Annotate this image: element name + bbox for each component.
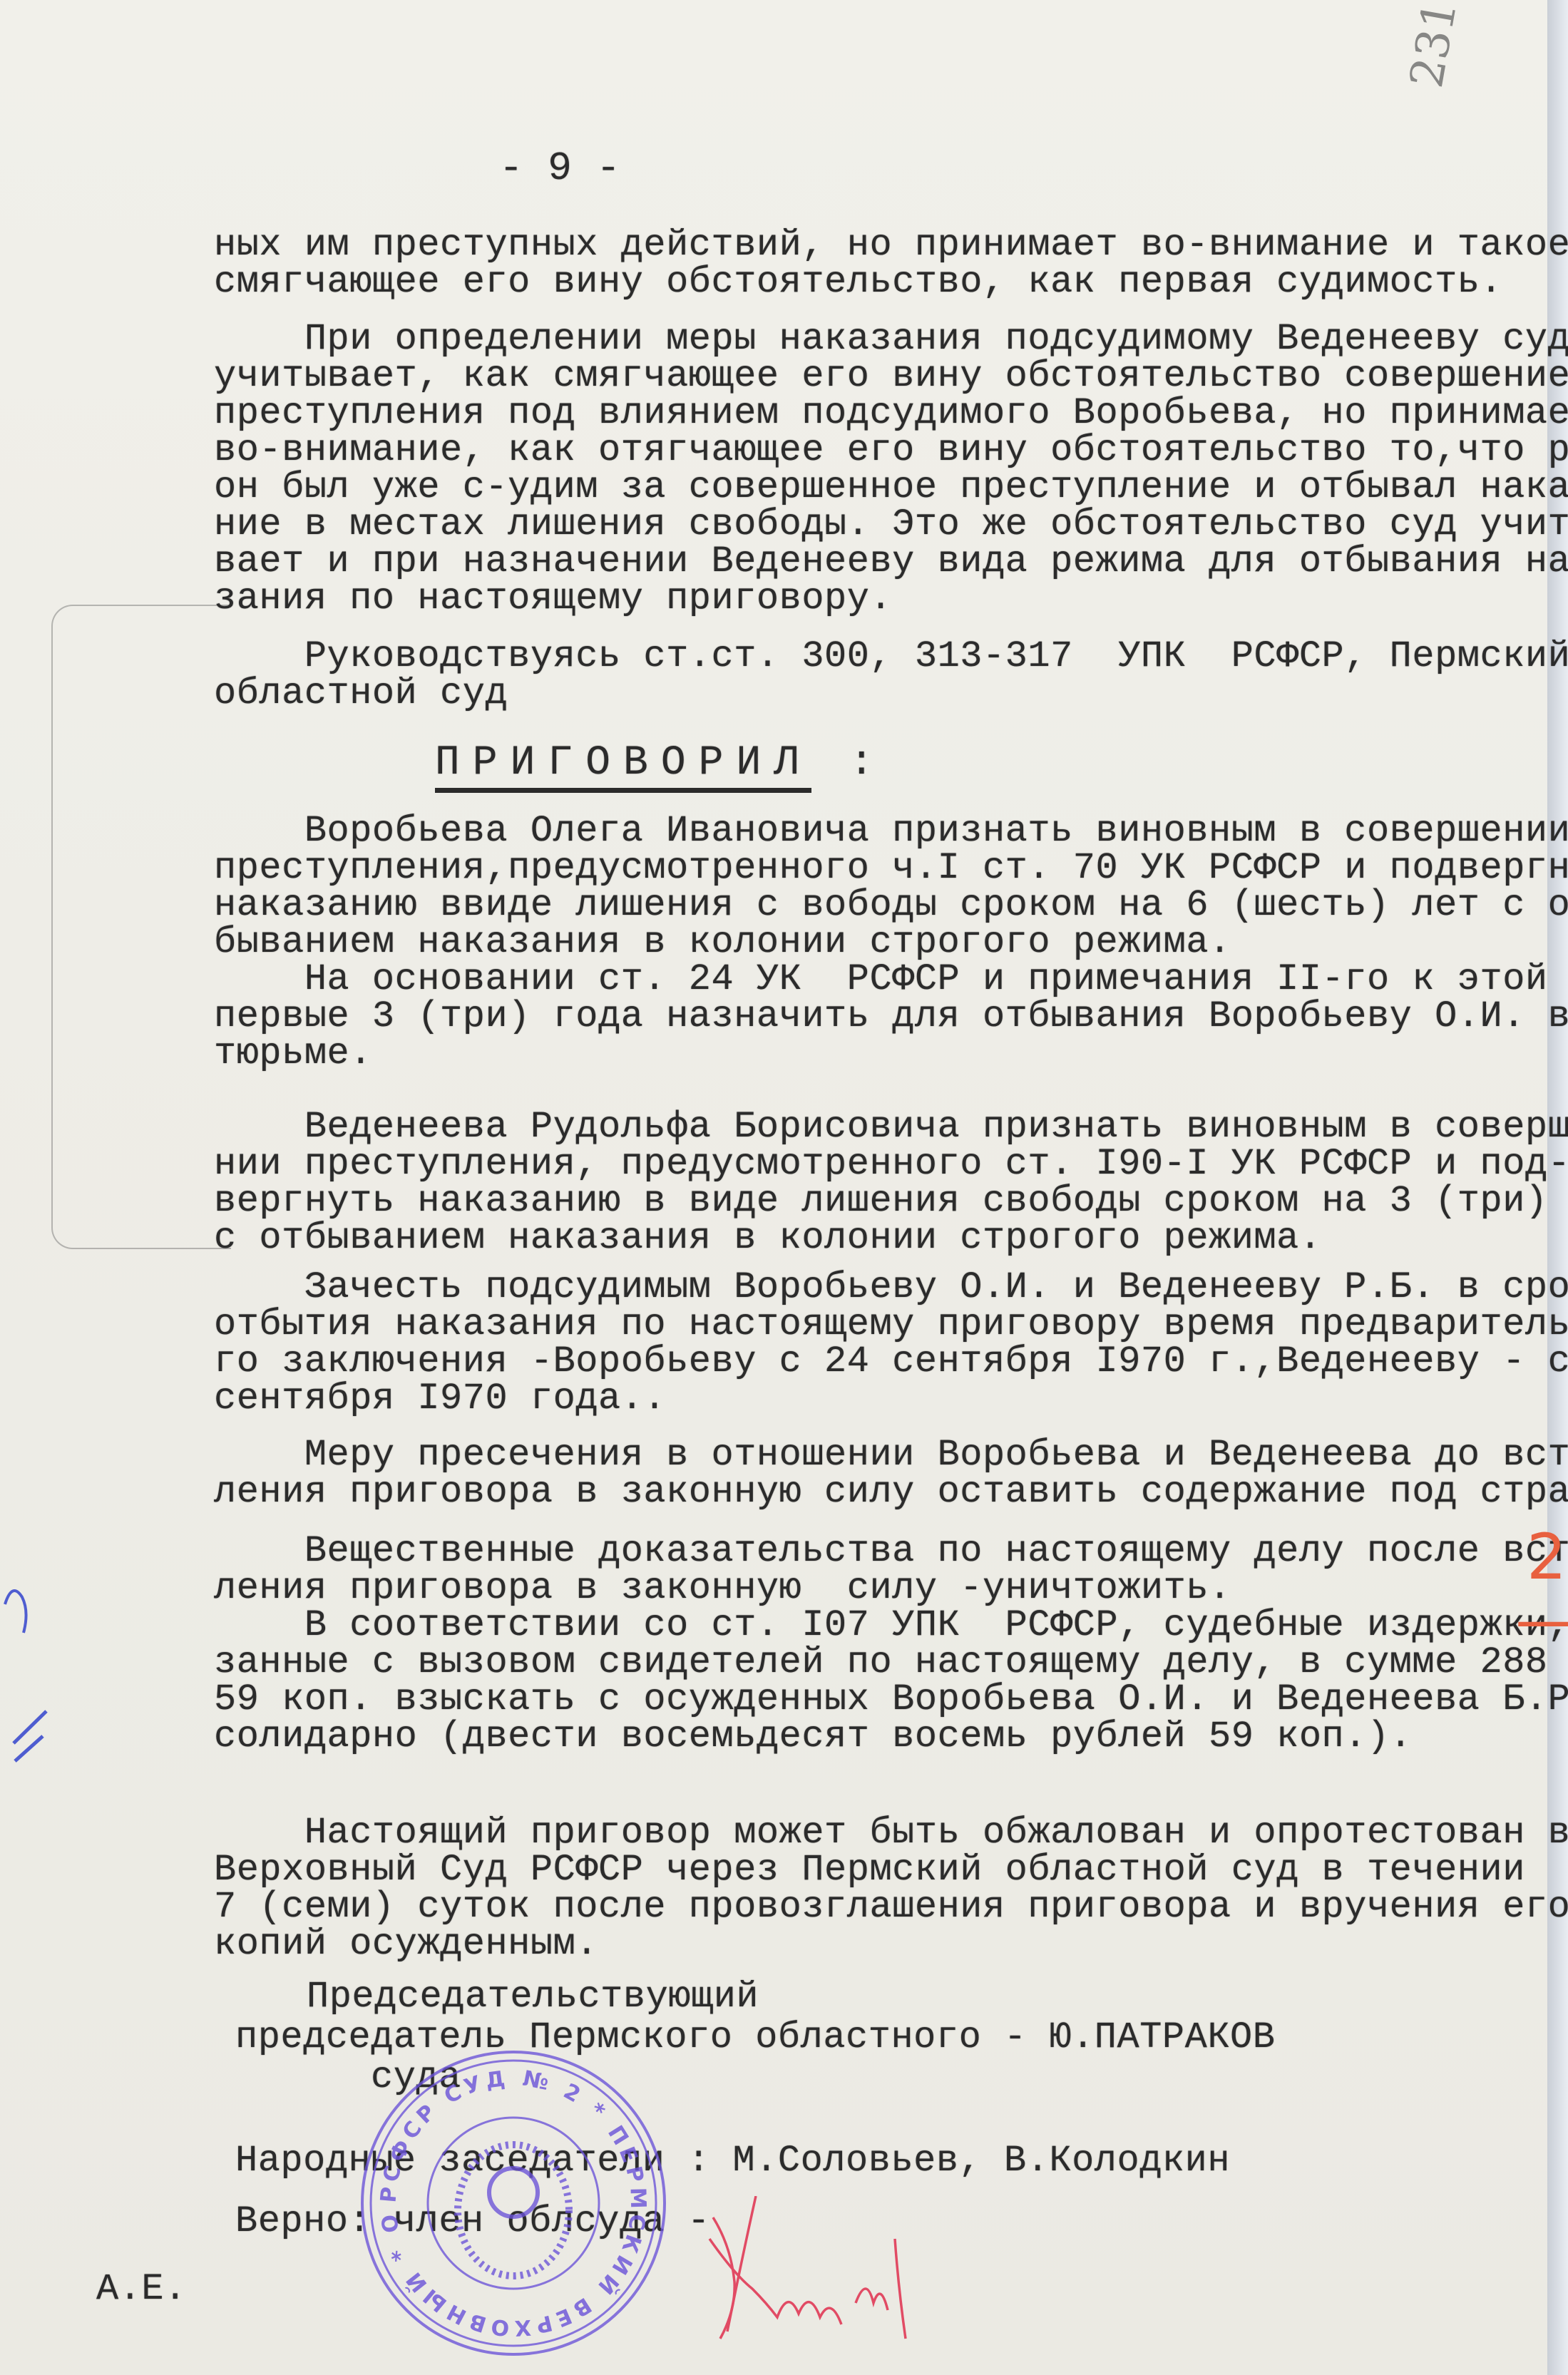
paragraph-sentence-vedeneev: Веденеева Рудольфа Борисовича признать в… <box>214 1109 1568 1257</box>
text-line: преступления,предусмотренного ч.I ст. 70… <box>214 850 1568 887</box>
text-line: отбытия наказания по настоящему приговор… <box>214 1306 1568 1343</box>
text-line: ления приговора в законную силу оставить… <box>214 1474 1568 1511</box>
handwritten-signature <box>692 2196 948 2346</box>
text-line: Зачесть подсудимым Воробьеву О.И. и Веде… <box>214 1269 1568 1306</box>
text-line: во-внимание, как отягчающее его вину обс… <box>214 432 1568 469</box>
paragraph-preventive-measure: Меру пресечения в отношении Воробьева и … <box>214 1437 1568 1511</box>
text-line: солидарно (двести восемьдесят восемь руб… <box>214 1718 1568 1755</box>
text-line: ления приговора в законную силу -уничтож… <box>214 1570 1568 1607</box>
text-line: нии преступления, предусмотренного ст. I… <box>214 1146 1568 1183</box>
paragraph-punishment-vedeneev: При определении меры наказания подсудимо… <box>214 321 1568 617</box>
court-seal-stamp: РСФСР СУД № 2 * ПЕРМСКИЙ ВЕРХОВНЫЙ * ОБЛ… <box>357 2046 670 2360</box>
text-line: преступления под влиянием подсудимого Во… <box>214 395 1568 432</box>
text-line: он был уже с-удим за совершенное преступ… <box>214 469 1568 506</box>
text-line: зания по настоящему приговору. <box>214 580 1568 617</box>
paragraph-appeal: Настоящий приговор может быть обжалован … <box>214 1815 1568 1963</box>
text-line: вает и при назначении Веденееву вида реж… <box>214 543 1568 580</box>
red-mark-dash: — <box>1515 1583 1568 1656</box>
presiding-title-line-1: Председательствующий <box>307 1979 759 2016</box>
text-line: Руководствуясь ст.ст. 300, 313-317 УПК Р… <box>214 638 1568 675</box>
text-line: сентября I970 года.. <box>214 1380 1568 1417</box>
text-line: Верховный Суд РСФСР через Пермский облас… <box>214 1852 1568 1889</box>
text-line: копий осужденным. <box>214 1926 1568 1963</box>
paragraph-mitigation: ных им преступных действий, но принимает… <box>214 227 1568 301</box>
text-line: областной суд <box>214 675 1568 712</box>
text-line: 7 (семи) суток после провозглашения приг… <box>214 1889 1568 1926</box>
text-line: занные с вызовом свидетелей по настоящем… <box>214 1644 1568 1681</box>
text-line: наказанию ввиде лишения с вободы сроком … <box>214 887 1568 924</box>
paragraph-time-served: Зачесть подсудимым Воробьеву О.И. и Веде… <box>214 1269 1568 1417</box>
text-line: быванием наказания в колонии строгого ре… <box>214 924 1568 961</box>
text-line: На основании ст. 24 УК РСФСР и примечани… <box>214 961 1568 998</box>
paragraph-evidence-and-costs: Вещественные доказательства по настоящем… <box>214 1533 1568 1755</box>
text-line: го заключения -Воробьеву с 24 сентября I… <box>214 1343 1568 1380</box>
text-line: ние в местах лишения свободы. Это же обс… <box>214 506 1568 543</box>
text-line: тюрьме. <box>214 1035 1568 1072</box>
text-line: с отбыванием наказания в колонии строгог… <box>214 1220 1568 1257</box>
blue-pen-margin-mark <box>4 1583 53 1768</box>
paragraph-legal-basis: Руководствуясь ст.ст. 300, 313-317 УПК Р… <box>214 638 1568 712</box>
text-line: Вещественные доказательства по настоящем… <box>214 1533 1568 1570</box>
text-line: ных им преступных действий, но принимает… <box>214 227 1568 264</box>
svg-text:РСФСР СУД № 2 * ПЕРМСКИЙ ВЕРХ: РСФСР СУД № 2 * ПЕРМСКИЙ ВЕРХОВНЫЙ * ОБЛ… <box>357 2046 650 2341</box>
typist-initials: А.Е. <box>96 2271 187 2308</box>
red-margin-mark: 2— <box>1515 1526 1568 1651</box>
text-line: Меру пресечения в отношении Воробьева и … <box>214 1437 1568 1474</box>
text-line: первые 3 (три) года назначить для отбыва… <box>214 998 1568 1035</box>
text-line: вергнуть наказанию в виде лишения свобод… <box>214 1183 1568 1220</box>
text-line: Настоящий приговор может быть обжалован … <box>214 1815 1568 1852</box>
paragraph-sentence-vorobyev: Воробьева Олега Ивановича признать винов… <box>214 813 1568 1072</box>
stamp-ring-text: РСФСР СУД № 2 * ПЕРМСКИЙ ВЕРХОВНЫЙ * ОБЛ… <box>357 2046 650 2341</box>
page-number: - 9 - <box>499 150 621 187</box>
text-line: учитывает, как смягчающее его вину обсто… <box>214 358 1568 395</box>
text-line: Веденеева Рудольфа Борисовича признать в… <box>214 1109 1568 1146</box>
text-line: 59 коп. взыскать с осужденных Воробьева … <box>214 1681 1568 1718</box>
text-line: смягчающее его вину обстоятельство, как … <box>214 264 1568 301</box>
text-line: При определении меры наказания подсудимо… <box>214 321 1568 358</box>
text-line: В соответствии со ст. I07 УПК РСФСР, суд… <box>214 1607 1568 1644</box>
verdict-heading: ПРИГОВОРИЛ : <box>435 745 887 782</box>
verdict-heading-colon: : <box>811 740 887 786</box>
verdict-heading-text: ПРИГОВОРИЛ <box>435 740 811 793</box>
pencil-margin-bracket <box>51 605 231 1249</box>
text-line: Воробьева Олега Ивановича признать винов… <box>214 813 1568 850</box>
